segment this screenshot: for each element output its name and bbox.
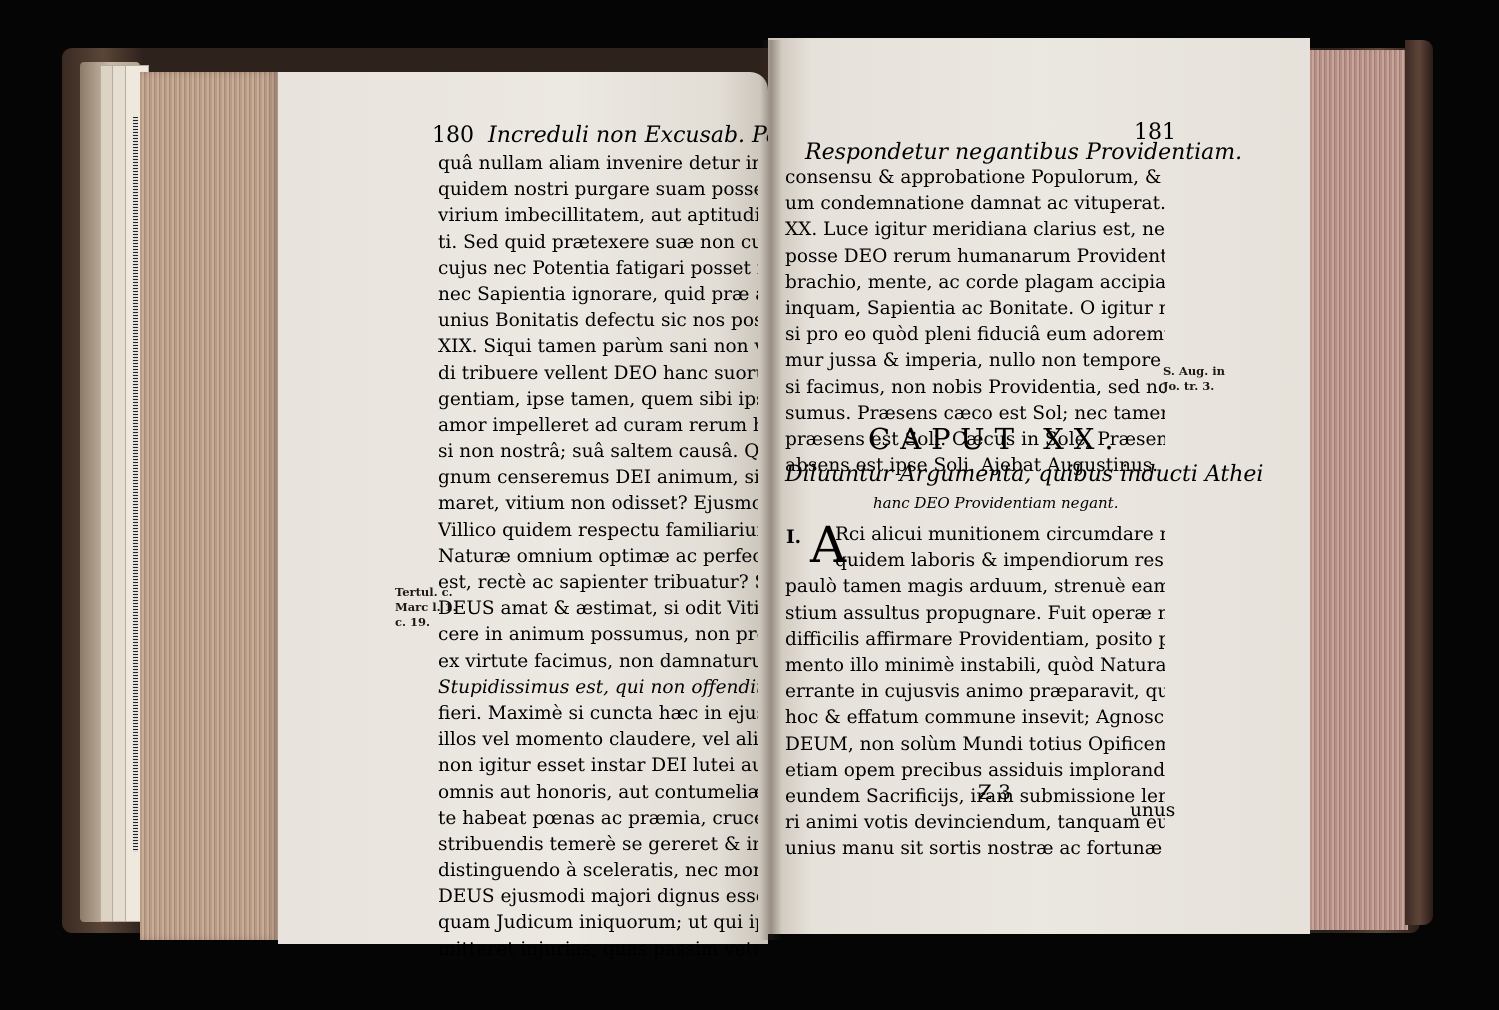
text-line: quidem laboris & impendiorum res est; ha… — [785, 548, 1165, 574]
right-running-title: Respondetur negantibus Providentiam. — [805, 140, 1242, 165]
text-line: Stupidissimus est, qui non offenditur fa… — [438, 675, 758, 701]
text-line: hoc & effatum commune insevit; Agnoscend… — [785, 705, 1165, 731]
text-line: ri animi votis devinciendum, tanquam eum… — [785, 810, 1165, 836]
text-line: eundem Sacrificijs, iram submissione len… — [785, 784, 1165, 810]
chapter-subtitle-1: Diluuntur Argumenta, quibus inducti Athe… — [785, 462, 1263, 487]
left-sidenote: Tertul. c. Marc l. 1. c. 19. — [395, 585, 457, 630]
catchword: unus — [1130, 800, 1175, 821]
text-line: si non nostrâ; suâ saltem causâ. Quâ tan… — [438, 439, 758, 465]
text-line: di tribuere vellent DEO hanc suorummet f… — [438, 361, 758, 387]
text-line: quam Judicum iniquorum; ut qui ipse in s… — [438, 910, 758, 936]
text-line: posse DEO rerum humanarum Providentiam, … — [785, 244, 1165, 270]
text-line: quidem nostri purgare suam possent negli… — [438, 177, 758, 203]
right-page-body: Rci alicui munitionem circumdare non mod… — [785, 522, 1165, 862]
text-line: fieri. Maximè si cuncta hæc in ejus gera… — [438, 701, 758, 727]
text-line: Naturæ omnium optimæ ac perfectissimæ, q… — [438, 544, 758, 570]
text-line: cujus nec Potentia fatigari posset nobis… — [438, 256, 758, 282]
text-line: unius Bonitatis defectu sic nos posset d… — [438, 308, 758, 334]
text-line: Villico quidem respectu familiarium tole… — [438, 518, 758, 544]
text-line: si pro eo quòd pleni fiduciâ eum adoremu… — [785, 322, 1165, 348]
text-line: um condemnatione damnat ac vituperat. — [785, 191, 1165, 217]
gutter-shadow — [760, 40, 782, 940]
text-line: nec Sapientia ignorare, quid præ alijs n… — [438, 282, 758, 308]
sidenote-line: c. 19. — [395, 615, 457, 630]
left-page-body: quâ nullam aliam invenire detur ineptior… — [438, 151, 758, 963]
right-board-edge — [1405, 40, 1433, 925]
chapter-subtitle-2: hanc DEO Providentiam negant. — [873, 494, 1118, 512]
text-line: omnis aut honoris, aut contumeliæ; & cùm… — [438, 780, 758, 806]
text-line: ti. Sed quid prætexere suæ non curantiæ … — [438, 230, 758, 256]
text-line: DEUS ejusmodi majori dignus esset vitupe… — [438, 884, 758, 910]
text-line: consensu & approbatione Populorum, & com… — [785, 165, 1165, 191]
text-line: non igitur esset instar DEI lutei aut gy… — [438, 753, 758, 779]
text-line: mento illo minimè instabili, quòd Natura… — [785, 653, 1165, 679]
text-line: si facimus, non nobis Providentia, sed n… — [785, 375, 1165, 401]
right-text-block-edge — [1310, 50, 1408, 930]
text-line: virium imbecillitatem, aut aptitudinem m… — [438, 203, 758, 229]
text-line: paulò tamen magis arduum, strenuè eam co… — [785, 574, 1165, 600]
text-line: unius manu sit sortis nostræ ac fortunæ … — [785, 836, 1165, 862]
text-line: gentiam, ipse tamen, quem sibi ipsi, tan… — [438, 387, 758, 413]
text-line: errante in cujusvis animo præparavit, qu… — [785, 679, 1165, 705]
text-line: te habeat pœnas ac præmia, cruces & scep… — [438, 806, 758, 832]
text-line: est, rectè ac sapienter tribuatur? Si au… — [438, 570, 758, 596]
left-text-block-edge — [140, 72, 278, 940]
text-line: illos vel momento claudere, vel aliò ave… — [438, 727, 758, 753]
text-line: gnum censeremus DEI animum, si virtutem … — [438, 465, 758, 491]
sidenote-line: Tertul. c. — [395, 585, 457, 600]
text-line: maret, vitium non odisset? Ejusmodi Divi… — [438, 491, 758, 517]
text-line: amor impelleret ad curam rerum humanarum… — [438, 413, 758, 439]
text-line: XIX. Siqui tamen parùm sani non vitio, — [438, 334, 758, 360]
ruler-strip — [133, 117, 138, 852]
text-line: mur jussa & imperia, nullo non tempore c… — [785, 348, 1165, 374]
left-page-number: 180 — [432, 123, 474, 148]
right-page-number: 181 — [1134, 120, 1176, 145]
text-line: brachio, mente, ac corde plagam accipiat… — [785, 270, 1165, 296]
text-line: cere in animum possumus, non probaturum … — [438, 622, 758, 648]
chapter-heading: CAPUT XX. — [868, 422, 1124, 456]
text-line: quâ nullam aliam invenire detur ineptior… — [438, 151, 758, 177]
text-line: etiam opem precibus assiduis implorandam… — [785, 758, 1165, 784]
text-line: difficilis affirmare Providentiam, posit… — [785, 627, 1165, 653]
text-line: DEUS amat & æstimat, si odit Vitium, quo… — [438, 596, 758, 622]
text-line: XX. Luce igitur meridiana clarius est, n… — [785, 217, 1165, 243]
text-line: Rci alicui munitionem circumdare non mod… — [785, 522, 1165, 548]
text-line: DEUM, non solùm Mundi totius Opificem, s… — [785, 732, 1165, 758]
text-line: mitteret injurias, quas passim vetat omn… — [438, 937, 758, 963]
right-sidenote: S. Aug. in Jo. tr. 3. — [1163, 364, 1225, 394]
text-line: stribuendis temerè se gereret & inconsul… — [438, 832, 758, 858]
sidenote-line: Marc l. 1. — [395, 600, 457, 615]
text-line: ex virtute facimus, non damnaturum, quæ … — [438, 649, 758, 675]
right-running-head: Respondetur negantibus Providentiam. — [805, 140, 1242, 165]
text-line: inquam, Sapientia ac Bonitate. O igitur … — [785, 296, 1165, 322]
sidenote-line: Jo. tr. 3. — [1163, 379, 1225, 394]
signature-mark: Z 3 — [978, 780, 1011, 804]
text-line: distinguendo à sceleratis, nec morigeros… — [438, 858, 758, 884]
sidenote-line: S. Aug. in — [1163, 364, 1225, 379]
text-line: stium assultus propugnare. Fuit operæ no… — [785, 601, 1165, 627]
